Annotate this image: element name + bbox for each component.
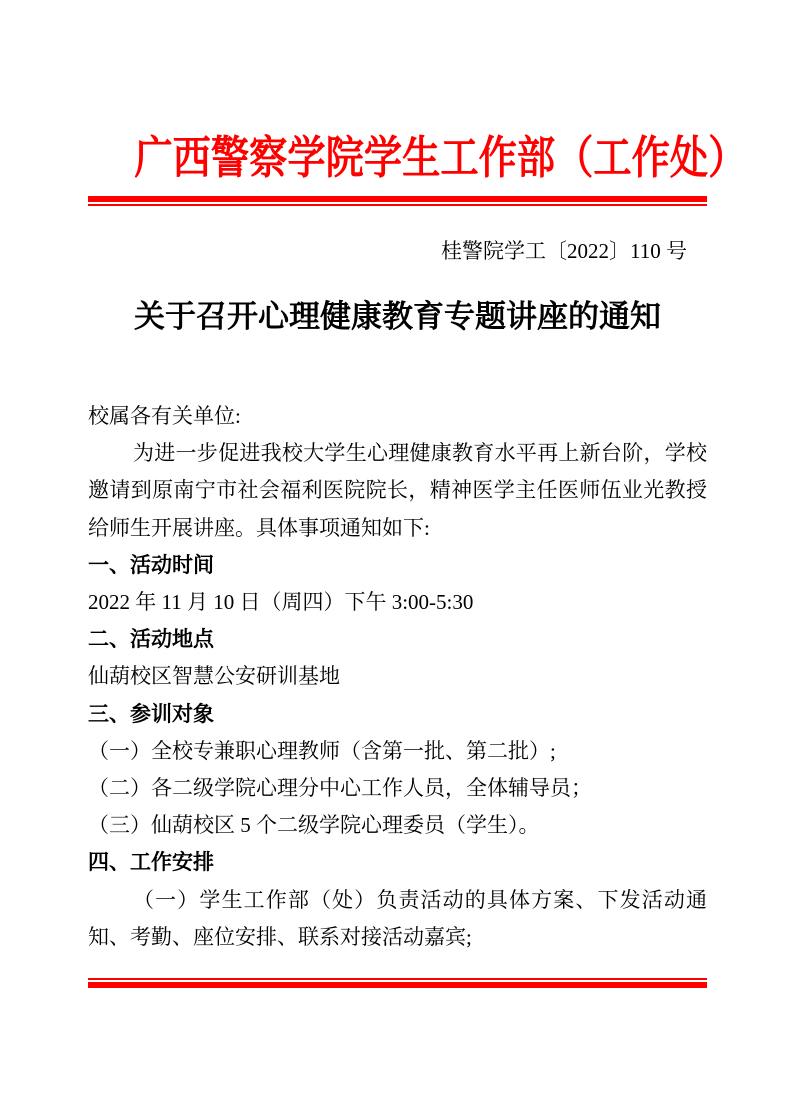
red-rule-thick [88,982,707,988]
section-4-item-1: （一）学生工作部（处）负责活动的具体方案、下发活动通知、考勤、座位安排、联系对接… [88,882,707,956]
section-4-heading: 四、工作安排 [88,844,707,881]
red-separator-top [88,196,707,206]
letterhead-title: 广西警察学院学生工作部（工作处） [134,126,660,190]
section-2-location: 仙葫校区智慧公安研训基地 [88,658,707,695]
document-page: 广西警察学院学生工作部（工作处） 桂警院学工〔2022〕110 号 关于召开心理… [0,0,793,1107]
red-separator-bottom [88,978,707,988]
notice-body: 校属各有关单位: 为进一步促进我校大学生心理健康教育水平再上新台阶，学校邀请到原… [88,398,707,956]
salutation: 校属各有关单位: [88,398,707,435]
section-1-time: 2022 年 11 月 10 日（周四）下午 3:00-5:30 [88,584,707,621]
red-rule-thin [88,978,707,980]
red-rule-thick [88,196,707,202]
intro-paragraph: 为进一步促进我校大学生心理健康教育水平再上新台阶，学校邀请到原南宁市社会福利医院… [88,435,707,547]
section-3-item-3: （三）仙葫校区 5 个二级学院心理委员（学生）。 [88,807,707,844]
section-3-item-2: （二）各二级学院心理分中心工作人员，全体辅导员； [88,770,707,807]
section-3-item-1: （一）全校专兼职心理教师（含第一批、第二批）; [88,733,707,770]
red-rule-thin [88,204,707,206]
section-3-heading: 三、参训对象 [88,696,707,733]
section-2-heading: 二、活动地点 [88,621,707,658]
document-number: 桂警院学工〔2022〕110 号 [88,239,707,264]
section-1-heading: 一、活动时间 [88,547,707,584]
notice-title: 关于召开心理健康教育专题讲座的通知 [88,297,707,337]
